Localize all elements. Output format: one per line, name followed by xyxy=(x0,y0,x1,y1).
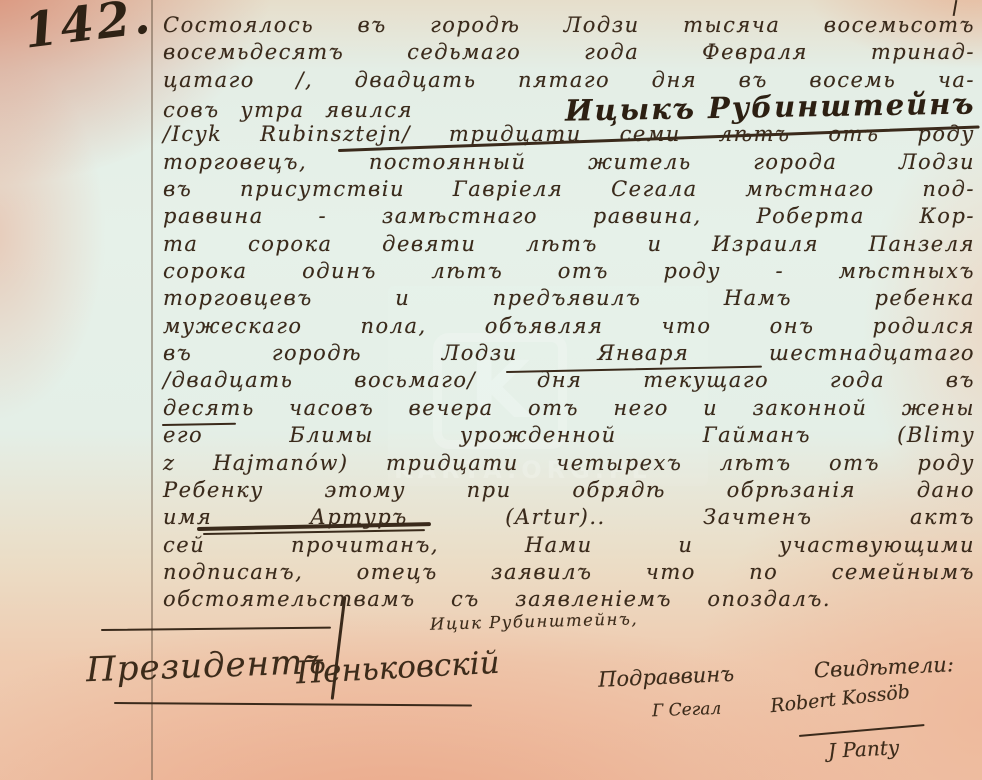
record-text: Состоялось въ городѣ Лодзи тысяча восемь… xyxy=(163,12,975,614)
signature-witness-segal: Г Сегал xyxy=(652,699,722,721)
text-line: обстоятельствамъ съ заявленіемъ опоздалъ… xyxy=(163,586,831,613)
text-line: z Hajmanów) тридцати четырехъ лѣтъ отъ р… xyxy=(163,450,975,477)
text-line: сорока одинъ лѣтъ отъ роду - мѣстныхъ xyxy=(163,258,975,285)
text-line: въ присутствіи Гавріеля Сегала мѣстнаго … xyxy=(163,176,975,203)
text-line: подписанъ, отецъ заявилъ что по семейным… xyxy=(163,559,975,586)
underline-president-signature xyxy=(114,702,472,706)
witnesses-label: Свидѣтели: xyxy=(813,652,954,682)
signature-flourish-line xyxy=(101,627,331,632)
text-line: совъ утра явился Ицыкъ Рубинштейнъ xyxy=(163,94,975,121)
text-line: его Блимы урожденной Гайманъ (Blimy xyxy=(163,422,975,449)
text-segment: совъ утра явился xyxy=(163,97,413,124)
text-line: десять часовъ вечера отъ него и законной… xyxy=(163,395,975,422)
text-line: восемьдесятъ седьмаго года Февраля трина… xyxy=(163,39,975,66)
text-line: Состоялось въ городѣ Лодзи тысяча восемь… xyxy=(163,12,975,39)
underline-robert-signature xyxy=(799,724,925,737)
text-line: торговецъ, постоянный житель города Лодз… xyxy=(163,149,975,176)
registry-record-page: K KARTA.ORG.PL 142. Состоялось въ городѣ… xyxy=(0,0,982,780)
text-line: сей прочитанъ, Нами и участвующими xyxy=(163,532,975,559)
text-line: торговцевъ и предъявилъ Намъ ребенка xyxy=(163,285,975,312)
signature-witness-robert: Robert Kossöb xyxy=(769,681,911,718)
text-line: въ городѣ Лодзи Января шестнадцатаго xyxy=(163,340,975,367)
record-number: 142. xyxy=(21,0,156,60)
text-line: та сорока девяти лѣтъ и Израиля Панзеля xyxy=(163,231,975,258)
father-name-emphasis: Ицыкъ Рубинштейнъ xyxy=(564,90,975,124)
signature-president-title: Президентъ xyxy=(85,642,327,690)
text-line: раввина - замѣстнаго раввина, Роберта Ко… xyxy=(163,203,975,230)
text-line: мужескаго пола, объявляя что онъ родился xyxy=(163,313,975,340)
signature-witness-panty: J Panty xyxy=(827,735,899,763)
signature-father: Ицик Рубинштейнъ, xyxy=(430,609,639,633)
signature-rabbi-title: Подраввинъ xyxy=(598,662,735,692)
text-line: Ребенку этому при обрядѣ обрѣзанія дано xyxy=(163,477,975,504)
